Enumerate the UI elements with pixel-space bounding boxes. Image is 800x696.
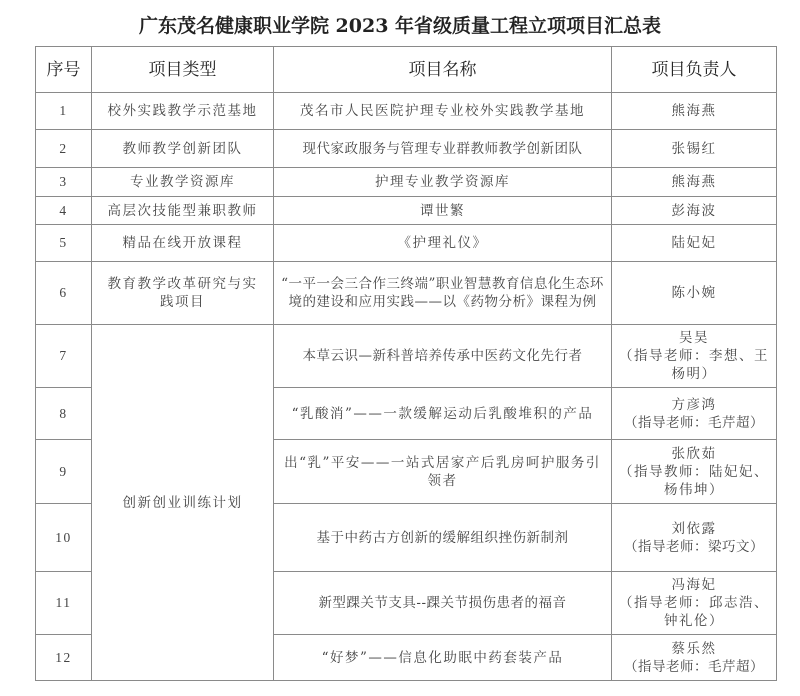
row-index: 11 [36,572,92,635]
row-leader: 陈小婉 [612,262,777,325]
advisor-name: （指导教师：陆妃妃、杨伟坤） [616,463,772,499]
advisor-name: （指导老师：梁巧文） [616,538,772,556]
row-type-merged: 创新创业训练计划 [92,325,274,681]
row-name: 本草云识—新科普培养传承中医药文化先行者 [274,325,612,388]
row-leader: 熊海燕 [612,168,777,197]
leader-name: 张欣茹 [616,445,772,463]
row-name: “乳酸消”——一款缓解运动后乳酸堆积的产品 [274,388,612,440]
row-name: 护理专业教学资源库 [274,168,612,197]
advisor-name: （指导老师：毛芹超） [616,658,772,676]
row-leader: 熊海燕 [612,93,777,130]
advisor-name: （指导老师：邱志浩、钟礼伦） [616,594,772,630]
project-summary-table: 序号 项目类型 项目名称 项目负责人 1 校外实践教学示范基地 茂名市人民医院护… [35,46,777,681]
row-leader: 彭海波 [612,197,777,225]
row-type: 教师教学创新团队 [92,130,274,168]
table-row: 2 教师教学创新团队 现代家政服务与管理专业群教师教学创新团队 张锡红 [36,130,777,168]
row-index: 12 [36,635,92,681]
row-index: 5 [36,225,92,262]
row-index: 6 [36,262,92,325]
row-index: 1 [36,93,92,130]
row-leader: 陆妃妃 [612,225,777,262]
table-row: 1 校外实践教学示范基地 茂名市人民医院护理专业校外实践教学基地 熊海燕 [36,93,777,130]
row-index: 10 [36,504,92,572]
row-type: 专业教学资源库 [92,168,274,197]
row-leader-cell: 冯海妃 （指导老师：邱志浩、钟礼伦） [612,572,777,635]
row-leader-cell: 蔡乐然 （指导老师：毛芹超） [612,635,777,681]
row-index: 9 [36,440,92,504]
header-index: 序号 [36,47,92,93]
leader-name: 冯海妃 [616,576,772,594]
table-row: 6 教育教学改革研究与实践项目 “一平一会三合作三终端”职业智慧教育信息化生态环… [36,262,777,325]
row-type: 教育教学改革研究与实践项目 [92,262,274,325]
table-row: 4 高层次技能型兼职教师 谭世繁 彭海波 [36,197,777,225]
row-leader-cell: 方彦鸿 （指导老师：毛芹超） [612,388,777,440]
row-name: 茂名市人民医院护理专业校外实践教学基地 [274,93,612,130]
row-name: 谭世繁 [274,197,612,225]
row-type: 高层次技能型兼职教师 [92,197,274,225]
row-name: 新型踝关节支具--踝关节损伤患者的福音 [274,572,612,635]
leader-name: 蔡乐然 [616,640,772,658]
row-leader: 张锡红 [612,130,777,168]
row-index: 3 [36,168,92,197]
table-row: 5 精品在线开放课程 《护理礼仪》 陆妃妃 [36,225,777,262]
row-leader-cell: 吴昊 （指导老师：李想、王杨明） [612,325,777,388]
leader-name: 刘依露 [616,520,772,538]
table-row: 3 专业教学资源库 护理专业教学资源库 熊海燕 [36,168,777,197]
row-leader-cell: 张欣茹 （指导教师：陆妃妃、杨伟坤） [612,440,777,504]
leader-name: 吴昊 [616,329,772,347]
header-project-type: 项目类型 [92,47,274,93]
table-header-row: 序号 项目类型 项目名称 项目负责人 [36,47,777,93]
document-title: 广东茂名健康职业学院 2023 年省级质量工程立项项目汇总表 [0,11,800,38]
advisor-name: （指导老师：李想、王杨明） [616,347,772,383]
row-type: 精品在线开放课程 [92,225,274,262]
header-project-name: 项目名称 [274,47,612,93]
row-index: 7 [36,325,92,388]
row-name: 现代家政服务与管理专业群教师教学创新团队 [274,130,612,168]
advisor-name: （指导老师：毛芹超） [616,414,772,432]
leader-name: 方彦鸿 [616,396,772,414]
row-leader-cell: 刘依露 （指导老师：梁巧文） [612,504,777,572]
row-type: 校外实践教学示范基地 [92,93,274,130]
table-row: 7 创新创业训练计划 本草云识—新科普培养传承中医药文化先行者 吴昊 （指导老师… [36,325,777,388]
row-index: 2 [36,130,92,168]
row-name: 出“乳”平安——一站式居家产后乳房呵护服务引领者 [274,440,612,504]
row-index: 4 [36,197,92,225]
row-name: “一平一会三合作三终端”职业智慧教育信息化生态环境的建设和应用实践——以《药物分… [274,262,612,325]
header-project-leader: 项目负责人 [612,47,777,93]
row-index: 8 [36,388,92,440]
row-name: “好梦”——信息化助眠中药套装产品 [274,635,612,681]
row-name: 《护理礼仪》 [274,225,612,262]
row-name: 基于中药古方创新的缓解组织挫伤新制剂 [274,504,612,572]
